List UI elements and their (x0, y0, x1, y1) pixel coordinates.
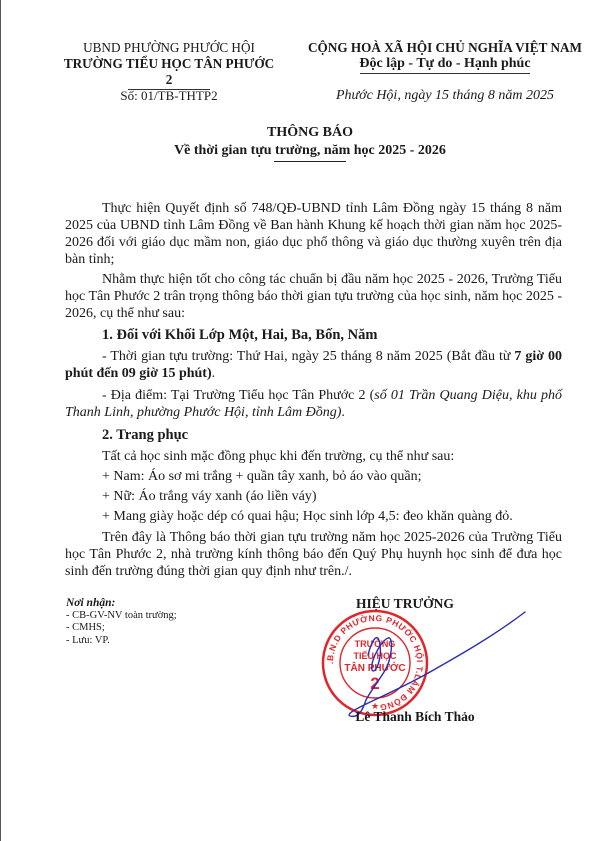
national-heading: CỘNG HOÀ XÃ HỘI CHỦ NGHĨA VIỆT NAM Độc l… (300, 40, 590, 74)
recipient-item: - CMHS; (66, 622, 296, 635)
recipients-block: Nơi nhận: - CB-GV-NV toàn trường; - CMHS… (66, 597, 296, 647)
section-1-place: - Địa điểm: Tại Trường Tiểu học Tân Phướ… (65, 387, 562, 421)
recipient-item: - CB-GV-NV toàn trường; (66, 610, 296, 623)
nation-title: CỘNG HOÀ XÃ HỘI CHỦ NGHĨA VIỆT NAM (300, 40, 590, 56)
time-text: - Thời gian tựu trường: Thứ Hai, ngày 25… (102, 349, 514, 364)
page-edge (0, 0, 1, 841)
uniform-intro: Tất cả học sinh mặc đồng phục khi đến tr… (65, 448, 562, 465)
recipient-item: - Lưu: VP. (66, 635, 296, 648)
title-sub: Về thời gian tựu trường, năm học 2025 - … (60, 142, 560, 160)
handwritten-signature-icon (320, 600, 530, 720)
title-main: THÔNG BÁO (60, 124, 560, 142)
uniform-item: + Mang giày hoặc dép có quai hậu; Học si… (65, 508, 562, 525)
paragraph-basis: Thực hiện Quyết định số 748/QĐ-UBND tỉnh… (65, 200, 562, 268)
school-name: TRƯỜNG TIỂU HỌC TÂN PHƯỚC 2 (60, 56, 278, 88)
uniform-item: + Nam: Áo sơ mi trắng + quần tây xanh, b… (65, 468, 562, 485)
section-1-time: - Thời gian tựu trường: Thứ Hai, ngày 25… (65, 348, 562, 382)
closing-paragraph: Trên đây là Thông báo thời gian tựu trườ… (65, 529, 562, 580)
document-title: THÔNG BÁO Về thời gian tựu trường, năm h… (60, 124, 560, 162)
paragraph-purpose: Nhằm thực hiện tốt cho công tác chuẩn bị… (65, 271, 562, 322)
section-2-heading: 2. Trang phục (65, 427, 562, 444)
place-date: Phước Hội, ngày 15 tháng 8 năm 2025 (300, 88, 590, 104)
time-end: . (212, 366, 216, 381)
document-number: Số: 01/TB-THTP2 (60, 88, 278, 104)
issuer-block: UBND PHƯỜNG PHƯỚC HỘI TRƯỜNG TIỂU HỌC TÂ… (60, 40, 278, 90)
uniform-item: + Nữ: Áo trắng váy xanh (áo liền váy) (65, 488, 562, 505)
recipients-label: Nơi nhận: (66, 597, 296, 610)
divider (274, 161, 346, 162)
signer-name: Lê Thanh Bích Thảo (300, 709, 530, 725)
place-end: . (341, 405, 345, 420)
divider (360, 73, 530, 74)
agency-name: UBND PHƯỜNG PHƯỚC HỘI (60, 40, 278, 56)
document-body: Thực hiện Quyết định số 748/QĐ-UBND tỉnh… (65, 200, 562, 580)
motto: Độc lập - Tự do - Hạnh phúc (300, 56, 590, 72)
place-text: - Địa điểm: Tại Trường Tiểu học Tân Phướ… (102, 388, 374, 403)
section-1-heading: 1. Đối với Khối Lớp Một, Hai, Ba, Bốn, N… (65, 327, 562, 344)
